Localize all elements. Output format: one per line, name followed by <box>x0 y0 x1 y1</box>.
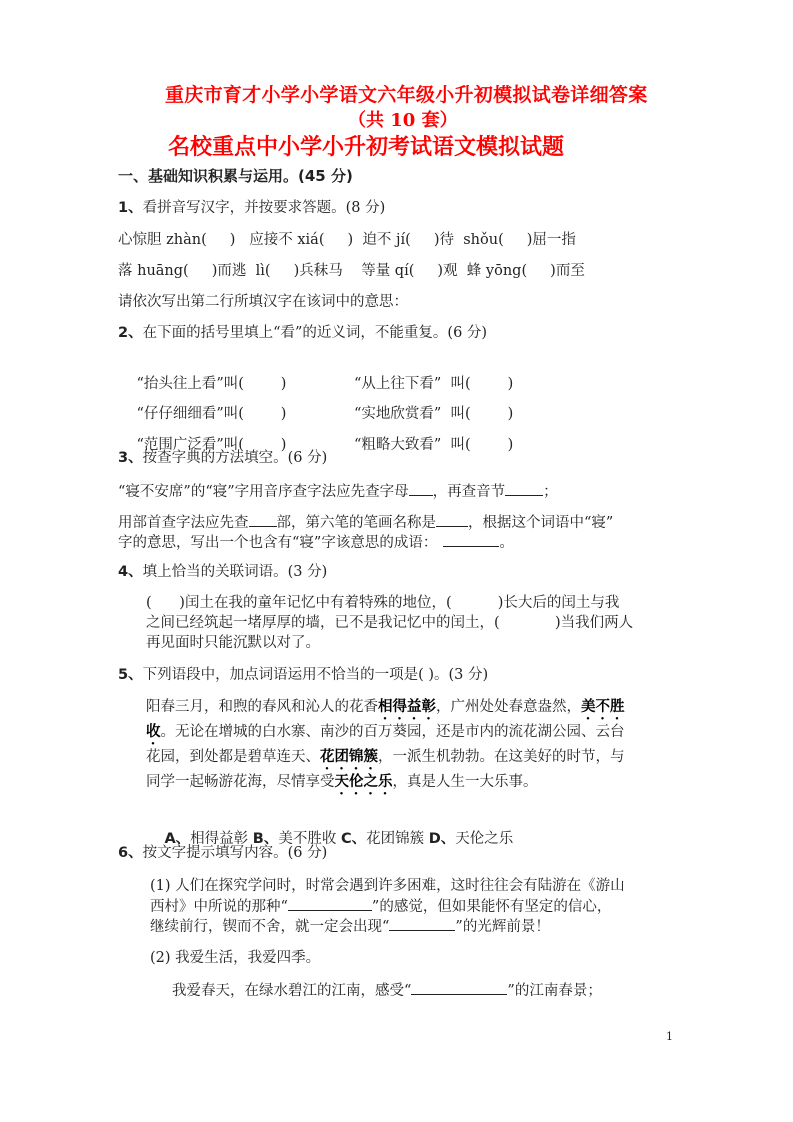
question-number: 1、 <box>118 200 143 216</box>
answer-blank[interactable] <box>436 512 468 527</box>
answer-blank[interactable] <box>411 980 507 995</box>
fill-line: 继续前行，锲而不舍，就一定会出现“”的光辉前景！ <box>150 916 550 937</box>
dotted-phrase: 美不胜 <box>581 699 625 715</box>
page-number: 1 <box>666 1030 673 1043</box>
fill-line: (2) 我爱生活，我爱四季。 <box>150 948 320 968</box>
document-title-count: （共 10 套） <box>348 106 458 132</box>
question-5: 5、下列语段中，加点词语运用不恰当的一项是( )。(3 分) <box>118 665 488 685</box>
pinyin-row-2: 落 huāng( )而逃 lì( )兵秣马 等量 qí( )观 蜂 yōng( … <box>118 261 585 281</box>
passage-line: 花园，到处都是碧草连天、花团锦簇，一派生机勃勃。在这美好的时节，与 <box>146 747 625 773</box>
text: 字的意思，写出一个也含有“寝”字该意思的成语： <box>118 535 437 551</box>
text: ”的感觉，但如果能怀有坚定的信心， <box>372 899 611 915</box>
dotted-phrase: 相得益彰 <box>378 699 436 715</box>
dictionary-line-2: 用部首查字法应先查部，第六笔的笔画名称是，根据这个词语中“寝” <box>118 512 613 533</box>
dictionary-line-3: 字的意思，写出一个也含有“寝”字该意思的成语：。 <box>118 532 514 553</box>
text: 部，第六笔的笔画名称是 <box>277 515 437 531</box>
question-2: 2、在下面的括号里填上“看”的近义词，不能重复。(6 分) <box>118 323 487 343</box>
dotted-phrase: 花团锦簇 <box>320 749 378 765</box>
fill-line: (1) 人们在探究学问时，时常会遇到许多困难，这时往往会有陆游在《游山 <box>150 876 625 896</box>
document-page: 重庆市育才小学小学语文六年级小升初模拟试卷详细答案 （共 10 套） 名校重点中… <box>0 0 793 1122</box>
synonym-item: “粗略大致看” 叫( ) <box>354 435 513 455</box>
answer-blank[interactable] <box>288 896 372 911</box>
answer-blank[interactable] <box>443 532 499 547</box>
pinyin-instruction: 请依次写出第二行所填汉字在该词中的意思： <box>118 292 408 312</box>
option-key: D、 <box>429 831 456 847</box>
fill-line: 西村》中所说的那种“”的感觉，但如果能怀有坚定的信心， <box>150 896 611 917</box>
answer-blank[interactable] <box>249 512 277 527</box>
question-4: 4、填上恰当的关联词语。(3 分) <box>118 562 327 582</box>
text: 我爱春天，在绿水碧江的江南，感受“ <box>172 983 411 999</box>
synonym-item: “从上往下看” 叫( ) <box>354 374 513 394</box>
question-number: 2、 <box>118 325 143 341</box>
option-d[interactable]: 天伦之乐 <box>455 831 513 847</box>
question-6: 6、按文字提示填写内容。(6 分) <box>118 843 327 863</box>
question-1: 1、看拼音写汉字，并按要求答题。(8 分) <box>118 198 385 218</box>
answer-blank[interactable] <box>409 481 433 496</box>
passage-line: 同学一起畅游花海，尽情享受天伦之乐，真是人生一大乐事。 <box>146 772 538 798</box>
document-subtitle: 名校重点中小学小升初考试语文模拟试题 <box>168 130 564 161</box>
answer-blank[interactable] <box>505 481 543 496</box>
question-prompt: 按文字提示填写内容。(6 分) <box>143 845 328 861</box>
text: 同学一起畅游花海，尽情享受 <box>146 774 335 790</box>
pinyin-row-1: 心惊胆 zhàn( ) 应接不 xiá( ) 迫不 jí( )待 shǒu( )… <box>118 230 576 250</box>
passage-line: 阳春三月，和煦的春风和沁人的花香相得益彰，广州处处春意盎然，美不胜 <box>146 697 625 723</box>
text: 阳春三月，和煦的春风和沁人的花香 <box>146 699 378 715</box>
conjunction-line: 再见面时只能沉默以对了。 <box>146 633 320 653</box>
passage-line: 收。无论在增城的白水寨、南沙的百万葵园，还是市内的流花湖公园、云台 <box>146 722 625 748</box>
conjunction-line: 之间已经筑起一堵厚厚的墙，已不是我记忆中的闰土，( )当我们两人 <box>146 613 633 633</box>
answer-blank[interactable] <box>389 916 455 931</box>
question-number: 6、 <box>118 845 143 861</box>
question-prompt: 看拼音写汉字，并按要求答题。(8 分) <box>143 200 386 216</box>
question-prompt: 填上恰当的关联词语。(3 分) <box>143 564 328 580</box>
text: ，一派生机勃勃。在这美好的时节，与 <box>378 749 625 765</box>
text: ”的光辉前景！ <box>455 919 549 935</box>
question-3: 3、按查字典的方法填空。(6 分) <box>118 448 327 468</box>
text: “寝不安席”的“寝”字用音序查字法应先查字母 <box>118 484 409 500</box>
conjunction-line: ( )闰土在我的童年记忆中有着特殊的地位，( )长大后的闰土与我 <box>146 593 619 613</box>
synonym-item: “实地欣赏看” 叫( ) <box>354 404 513 424</box>
text: 花园，到处都是碧草连天、 <box>146 749 320 765</box>
text: ，广州处处春意盎然， <box>436 699 581 715</box>
question-prompt: 按查字典的方法填空。(6 分) <box>143 450 328 466</box>
text: 继续前行，锲而不舍，就一定会出现“ <box>150 919 389 935</box>
text: 。无论在增城的白水寨、南沙的百万葵园，还是市内的流花湖公园、云台 <box>161 724 625 740</box>
option-c[interactable]: 花团锦簇 <box>366 831 429 847</box>
text: 用部首查字法应先查 <box>118 515 249 531</box>
question-prompt: 在下面的括号里填上“看”的近义词，不能重复。(6 分) <box>143 325 487 341</box>
question-number: 3、 <box>118 450 143 466</box>
document-title: 重庆市育才小学小学语文六年级小升初模拟试卷详细答案 <box>165 80 648 107</box>
section-heading: 一、基础知识积累与运用。(45 分) <box>118 166 353 186</box>
text: 。 <box>499 535 514 551</box>
fill-line: 我爱春天，在绿水碧江的江南，感受“”的江南春景； <box>172 980 602 1001</box>
dotted-phrase: 天伦之乐 <box>335 774 393 790</box>
dictionary-line-1: “寝不安席”的“寝”字用音序查字法应先查字母，再查音节； <box>118 481 558 502</box>
text: ； <box>543 484 558 500</box>
dotted-phrase: 收 <box>146 724 161 740</box>
text: ，真是人生一大乐事。 <box>393 774 538 790</box>
text: ，再查音节 <box>433 484 506 500</box>
text: ，根据这个词语中“寝” <box>468 515 613 531</box>
question-number: 5、 <box>118 667 143 683</box>
text: ”的江南春景； <box>507 983 601 999</box>
question-prompt: 下列语段中，加点词语运用不恰当的一项是( )。(3 分) <box>143 667 489 683</box>
question-number: 4、 <box>118 564 143 580</box>
text: 西村》中所说的那种“ <box>150 899 288 915</box>
option-key: C、 <box>341 831 366 847</box>
